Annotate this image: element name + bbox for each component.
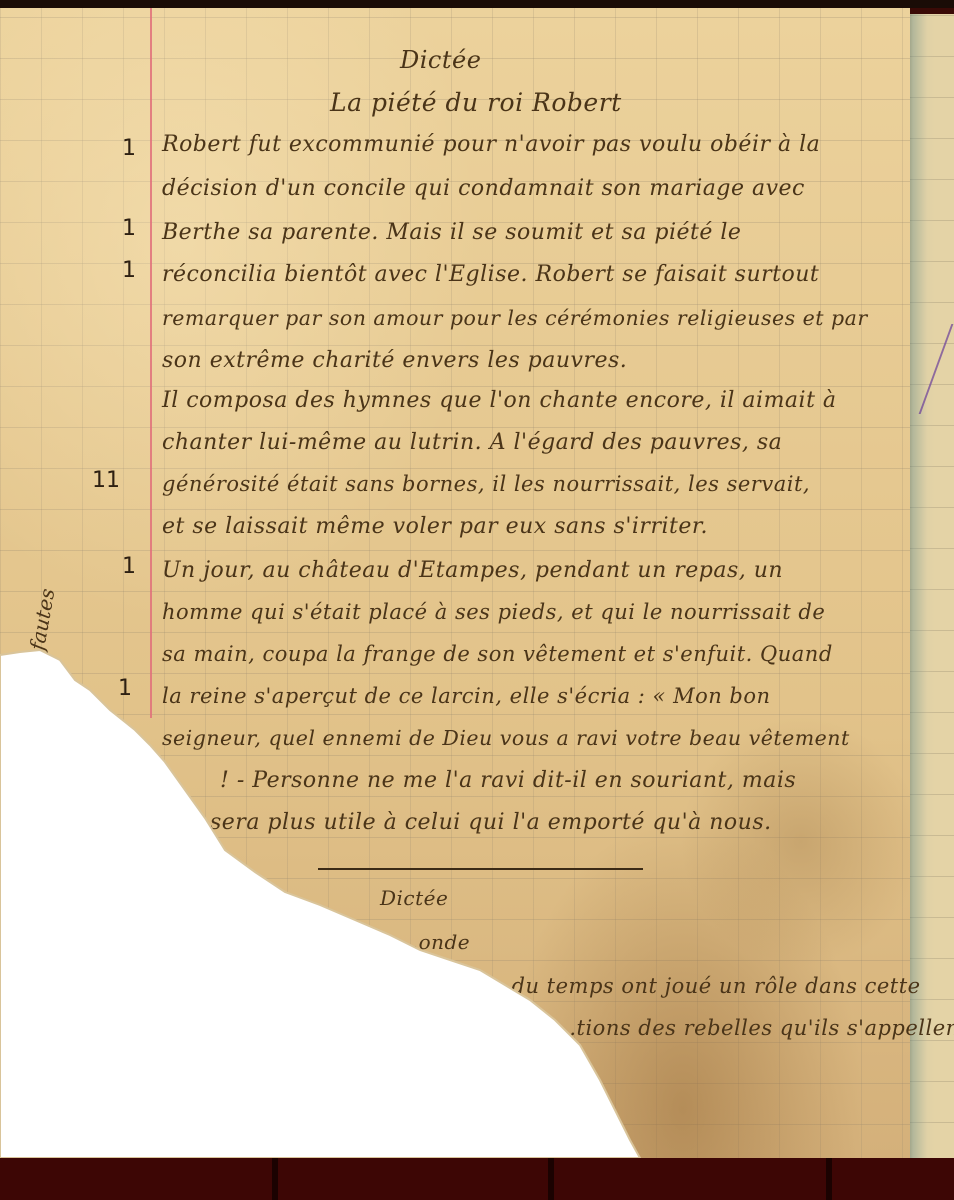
text-line: seigneur, quel ennemi de Dieu vous a rav… xyxy=(162,726,850,750)
text-line: Berthe sa parente. Mais il se soumit et … xyxy=(162,220,741,245)
text-line: et se laissait même voler par eux sans s… xyxy=(162,514,708,539)
text-line: chanter lui-même au lutrin. A l'égard de… xyxy=(162,430,782,455)
red-margin-line xyxy=(150,8,152,718)
notebook-page: Dictée La piété du roi Robert Robert fut… xyxy=(0,8,910,1166)
margin-tally-mark: 1 xyxy=(122,136,136,161)
margin-note-fautes: fautes xyxy=(25,587,59,653)
dictation-heading: Dictée xyxy=(400,46,481,74)
text-line: son extrême charité envers les pauvres. xyxy=(162,348,627,373)
margin-tally-mark: 11 xyxy=(92,468,120,493)
purple-ink-mark xyxy=(919,324,954,414)
section-divider xyxy=(318,868,643,870)
text-line: ! - Personne ne me l'a ravi dit-il en so… xyxy=(220,768,796,793)
dictation-title: La piété du roi Robert xyxy=(330,88,622,117)
text-line: décision d'un concile qui condamnait son… xyxy=(162,176,805,201)
text-line: sa main, coupa la frange de son vêtement… xyxy=(162,642,833,666)
text-line: remarquer par son amour pour les cérémon… xyxy=(162,306,868,330)
scanner-bottom-edge xyxy=(0,1158,954,1200)
text-line: Il composa des hymnes que l'on chante en… xyxy=(162,388,837,413)
text-line: sera plus utile à celui qui l'a emporté … xyxy=(210,810,772,835)
text-line: Robert fut excommunié pour n'avoir pas v… xyxy=(162,132,820,157)
text-line: générosité était sans bornes, il les nou… xyxy=(162,472,810,496)
margin-tally-mark: 1 xyxy=(122,258,136,283)
scanned-notebook-page: Dictée La piété du roi Robert Robert fut… xyxy=(0,0,954,1200)
margin-tally-mark: 1 xyxy=(122,216,136,241)
text-line: la reine s'aperçut de ce larcin, elle s'… xyxy=(162,684,771,708)
text-line: homme qui s'était placé à ses pieds, et … xyxy=(162,600,825,624)
text-line: ...tions des rebelles qu'ils s'appellent xyxy=(555,1016,954,1040)
text-line: ...du temps ont joué un rôle dans cette xyxy=(490,974,921,998)
text-line: réconcilia bientôt avec l'Eglise. Robert… xyxy=(162,262,819,287)
margin-tally-mark: 1 xyxy=(122,554,136,579)
margin-tally-mark: 1 xyxy=(118,676,132,701)
second-dictation-heading: Dictée xyxy=(380,886,448,910)
second-dictation-title: ...onde xyxy=(398,930,470,954)
text-line: Un jour, au château d'Etampes, pendant u… xyxy=(162,558,783,583)
scanner-top-edge xyxy=(0,0,954,8)
